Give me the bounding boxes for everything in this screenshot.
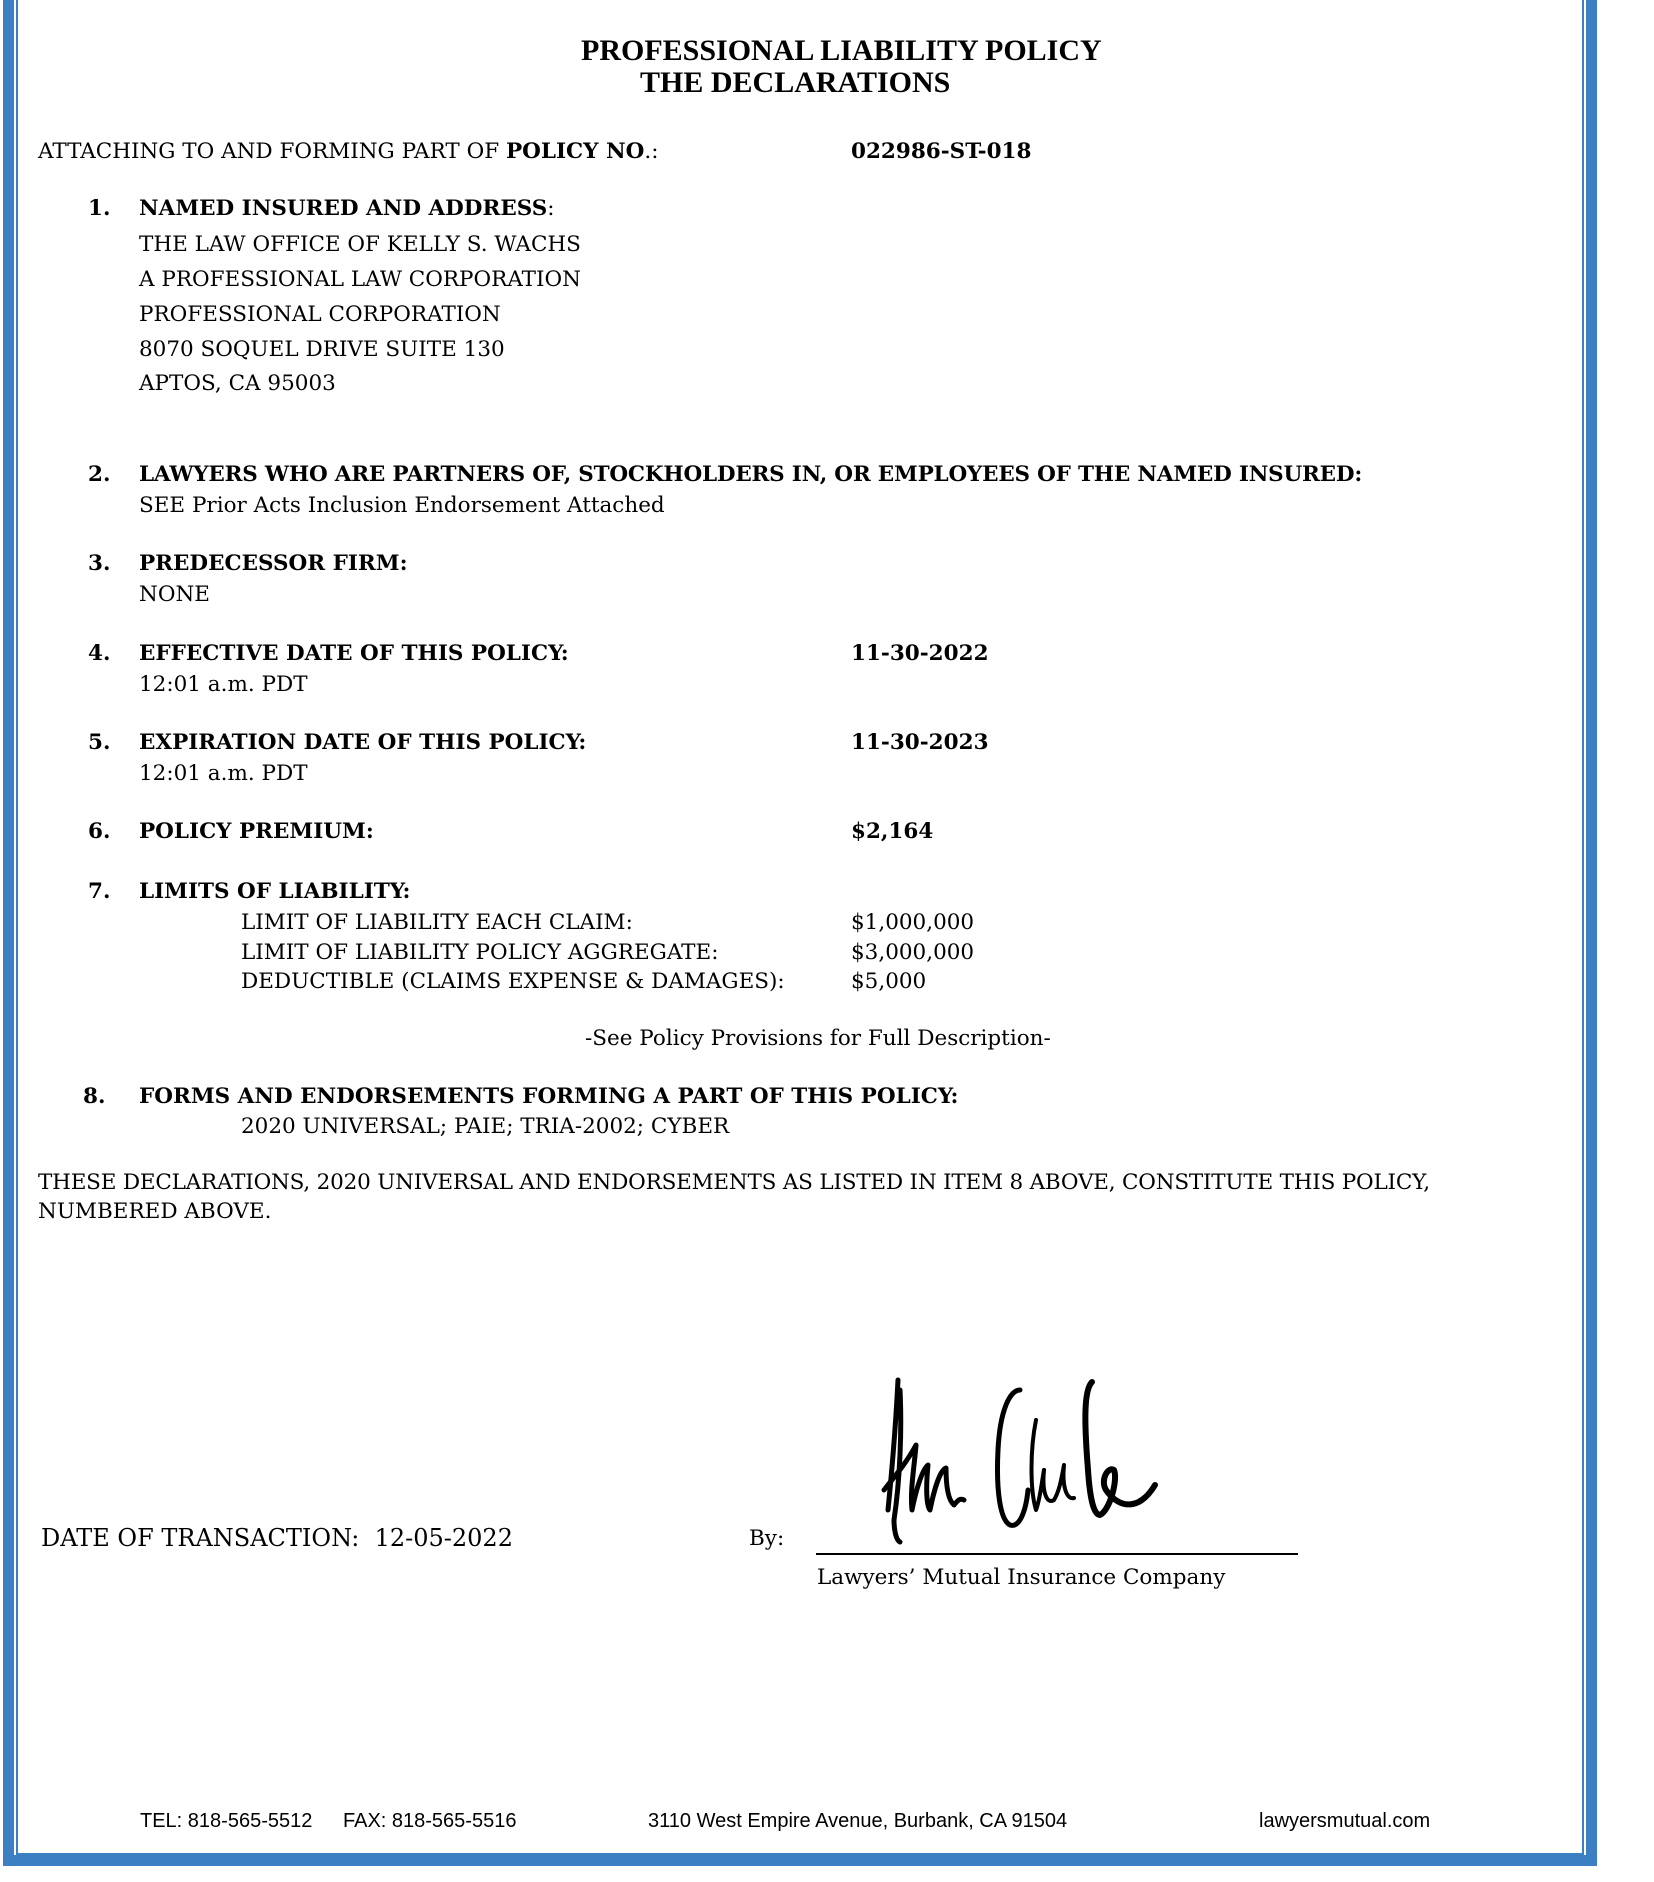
item-3-number: 3. (88, 553, 110, 575)
effective-date-heading: EFFECTIVE DATE OF THIS POLICY: (139, 643, 569, 665)
named-insured-colon: : (547, 196, 554, 221)
item-2-number: 2. (88, 464, 110, 486)
named-insured-line: A PROFESSIONAL LAW CORPORATION (139, 269, 581, 291)
limit-aggregate-label: LIMIT OF LIABILITY POLICY AGGREGATE: (241, 942, 718, 964)
policy-no-label: POLICY NO (506, 139, 644, 164)
item-4-number: 4. (88, 643, 110, 665)
transaction-date: DATE OF TRANSACTION: 12-05-2022 (41, 1526, 513, 1550)
limits-heading: LIMITS OF LIABILITY: (139, 881, 410, 903)
deductible-value: $5,000 (851, 971, 926, 993)
policy-reference: ATTACHING TO AND FORMING PART OF POLICY … (38, 141, 658, 163)
predecessor-detail: NONE (139, 584, 210, 606)
transaction-date-label: DATE OF TRANSACTION: (41, 1524, 359, 1552)
document-title: PROFESSIONAL LIABILITY POLICY (581, 36, 1102, 66)
named-insured-line: PROFESSIONAL CORPORATION (139, 304, 501, 326)
limit-each-claim-label: LIMIT OF LIABILITY EACH CLAIM: (241, 912, 633, 934)
limit-each-claim-value: $1,000,000 (851, 912, 974, 934)
expiration-date-heading: EXPIRATION DATE OF THIS POLICY: (139, 732, 586, 754)
limit-aggregate-value: $3,000,000 (851, 942, 974, 964)
forms-heading: FORMS AND ENDORSEMENTS FORMING A PART OF… (139, 1086, 959, 1108)
premium-heading: POLICY PREMIUM: (139, 821, 374, 843)
limits-note: -See Policy Provisions for Full Descript… (585, 1028, 1051, 1050)
item-5-number: 5. (88, 732, 110, 754)
item-1-heading: NAMED INSURED AND ADDRESS: (139, 198, 555, 220)
named-insured-line: THE LAW OFFICE OF KELLY S. WACHS (139, 234, 581, 256)
handwritten-signature-icon (870, 1370, 1160, 1550)
deductible-label: DEDUCTIBLE (CLAIMS EXPENSE & DAMAGES): (241, 971, 785, 993)
signature-line (816, 1553, 1298, 1555)
expiration-time: 12:01 a.m. PDT (139, 763, 308, 785)
policy-reference-prefix: ATTACHING TO AND FORMING PART OF (38, 139, 506, 164)
named-insured-line: APTOS, CA 95003 (139, 373, 336, 395)
footer-website[interactable]: lawyersmutual.com (1259, 1811, 1430, 1831)
named-insured-heading: NAMED INSURED AND ADDRESS (139, 196, 547, 221)
policy-no-suffix: .: (644, 139, 658, 164)
closing-line-2: NUMBERED ABOVE. (38, 1201, 271, 1223)
footer-tel: TEL: 818-565-5512 (140, 1811, 312, 1831)
transaction-date-value: 12-05-2022 (375, 1524, 513, 1552)
named-insured-line: 8070 SOQUEL DRIVE SUITE 130 (139, 339, 505, 361)
expiration-date-value: 11-30-2023 (851, 732, 989, 754)
document-subtitle: THE DECLARATIONS (640, 68, 950, 98)
signatory-company: Lawyers’ Mutual Insurance Company (817, 1567, 1225, 1589)
item-8-number: 8. (83, 1086, 105, 1108)
policy-number: 022986-ST-018 (851, 141, 1031, 163)
item-6-number: 6. (88, 821, 110, 843)
closing-line-1: THESE DECLARATIONS, 2020 UNIVERSAL AND E… (38, 1172, 1430, 1194)
forms-list: 2020 UNIVERSAL; PAIE; TRIA-2002; CYBER (241, 1116, 729, 1138)
by-label: By: (749, 1528, 784, 1550)
item-7-number: 7. (88, 881, 110, 903)
effective-time: 12:01 a.m. PDT (139, 674, 308, 696)
predecessor-heading: PREDECESSOR FIRM: (139, 553, 408, 575)
lawyers-heading: LAWYERS WHO ARE PARTNERS OF, STOCKHOLDER… (139, 464, 1362, 486)
effective-date-value: 11-30-2022 (851, 643, 989, 665)
item-1-number: 1. (88, 198, 110, 220)
lawyers-detail: SEE Prior Acts Inclusion Endorsement Att… (139, 495, 665, 517)
footer-fax: FAX: 818-565-5516 (343, 1811, 516, 1831)
footer-address: 3110 West Empire Avenue, Burbank, CA 915… (648, 1811, 1067, 1831)
premium-value: $2,164 (851, 821, 933, 843)
